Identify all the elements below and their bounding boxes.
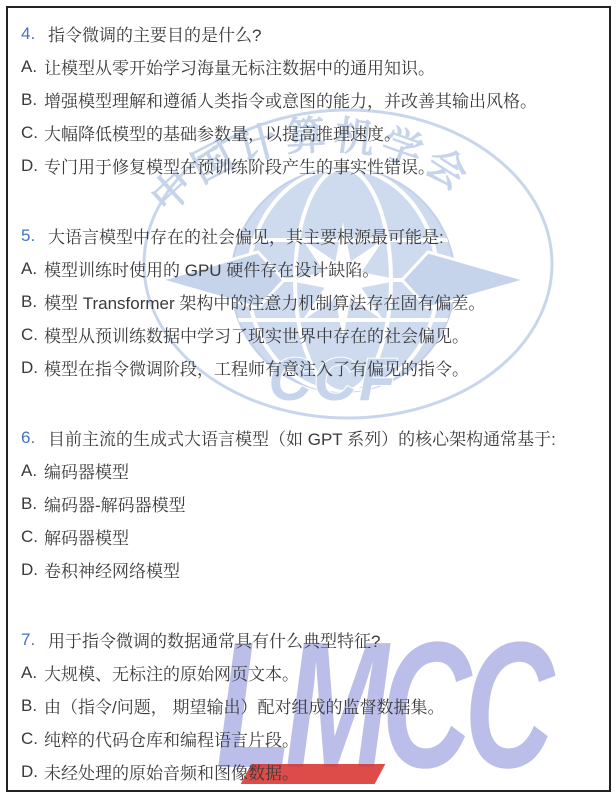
- question-title: 指令微调的主要目的是什么?: [48, 21, 261, 46]
- option-row: B. 编码器-解码器模型: [21, 487, 601, 520]
- option-text: 编码器模型: [44, 458, 129, 483]
- option-text: 增强模型理解和遵循人类指令或意图的能力，并改善其输出风格。: [44, 87, 537, 112]
- option-label: B.: [21, 494, 44, 514]
- option-text: 未经处理的原始音频和图像数据。: [44, 759, 299, 784]
- option-row: C. 大幅降低模型的基础参数量，以提高推理速度。: [21, 116, 601, 149]
- question-title-row: 5. 大语言模型中存在的社会偏见，其主要根源最可能是:: [21, 219, 601, 252]
- option-text: 模型在指令微调阶段，工程师有意注入了有偏见的指令。: [44, 355, 469, 380]
- option-text: 模型 Transformer 架构中的注意力机制算法存在固有偏差。: [44, 289, 485, 314]
- option-text: 大规模、无标注的原始网页文本。: [44, 660, 299, 685]
- option-text: 编码器-解码器模型: [44, 491, 186, 516]
- question-number: 6.: [21, 428, 48, 448]
- option-label: C.: [21, 729, 44, 749]
- option-text: 专门用于修复模型在预训练阶段产生的事实性错误。: [44, 153, 435, 178]
- option-row: C. 模型从预训练数据中学习了现实世界中存在的社会偏见。: [21, 318, 601, 351]
- option-row: A. 模型训练时使用的 GPU 硬件存在设计缺陷。: [21, 252, 601, 285]
- option-row: A. 让模型从零开始学习海量无标注数据中的通用知识。: [21, 50, 601, 83]
- question-number: 4.: [21, 24, 48, 44]
- option-row: A. 编码器模型: [21, 454, 601, 487]
- question-title: 目前主流的生成式大语言模型（如 GPT 系列）的核心架构通常基于:: [48, 425, 556, 450]
- option-label: A.: [21, 663, 44, 683]
- question-number: 5.: [21, 226, 48, 246]
- question-6: 6. 目前主流的生成式大语言模型（如 GPT 系列）的核心架构通常基于: A. …: [21, 421, 601, 586]
- option-row: D. 未经处理的原始音频和图像数据。: [21, 755, 601, 788]
- option-label: A.: [21, 57, 44, 77]
- question-5: 5. 大语言模型中存在的社会偏见，其主要根源最可能是: A. 模型训练时使用的 …: [21, 219, 601, 384]
- option-label: D.: [21, 762, 44, 782]
- option-text: 大幅降低模型的基础参数量，以提高推理速度。: [44, 120, 401, 145]
- question-title-row: 6. 目前主流的生成式大语言模型（如 GPT 系列）的核心架构通常基于:: [21, 421, 601, 454]
- option-text: 模型从预训练数据中学习了现实世界中存在的社会偏见。: [44, 322, 469, 347]
- question-title-row: 7. 用于指令微调的数据通常具有什么典型特征?: [21, 623, 601, 656]
- option-row: D. 卷积神经网络模型: [21, 553, 601, 586]
- option-label: C.: [21, 325, 44, 345]
- option-label: C.: [21, 527, 44, 547]
- option-row: C. 纯粹的代码仓库和编程语言片段。: [21, 722, 601, 755]
- option-label: B.: [21, 90, 44, 110]
- option-label: A.: [21, 461, 44, 481]
- option-label: D.: [21, 560, 44, 580]
- option-label: B.: [21, 292, 44, 312]
- option-row: B. 增强模型理解和遵循人类指令或意图的能力，并改善其输出风格。: [21, 83, 601, 116]
- option-label: C.: [21, 123, 44, 143]
- option-label: D.: [21, 156, 44, 176]
- option-label: B.: [21, 696, 44, 716]
- quiz-content: 4. 指令微调的主要目的是什么? A. 让模型从零开始学习海量无标注数据中的通用…: [8, 8, 609, 790]
- option-row: B. 模型 Transformer 架构中的注意力机制算法存在固有偏差。: [21, 285, 601, 318]
- option-label: A.: [21, 259, 44, 279]
- option-text: 卷积神经网络模型: [44, 557, 180, 582]
- option-text: 纯粹的代码仓库和编程语言片段。: [44, 726, 299, 751]
- option-row: B. 由（指令/问题， 期望输出）配对组成的监督数据集。: [21, 689, 601, 722]
- option-text: 让模型从零开始学习海量无标注数据中的通用知识。: [44, 54, 435, 79]
- question-7: 7. 用于指令微调的数据通常具有什么典型特征? A. 大规模、无标注的原始网页文…: [21, 623, 601, 788]
- question-title-row: 4. 指令微调的主要目的是什么?: [21, 17, 601, 50]
- question-4: 4. 指令微调的主要目的是什么? A. 让模型从零开始学习海量无标注数据中的通用…: [21, 17, 601, 182]
- option-row: A. 大规模、无标注的原始网页文本。: [21, 656, 601, 689]
- option-row: D. 专门用于修复模型在预训练阶段产生的事实性错误。: [21, 149, 601, 182]
- option-row: C. 解码器模型: [21, 520, 601, 553]
- quiz-page: 中国计算机学会 CCF LMCC 4. 指令微调的主要目的是什么? A. 让模型…: [6, 6, 611, 792]
- option-row: D. 模型在指令微调阶段，工程师有意注入了有偏见的指令。: [21, 351, 601, 384]
- option-text: 模型训练时使用的 GPU 硬件存在设计缺陷。: [44, 256, 379, 281]
- question-title: 大语言模型中存在的社会偏见，其主要根源最可能是:: [48, 223, 444, 248]
- question-title: 用于指令微调的数据通常具有什么典型特征?: [48, 627, 380, 652]
- option-text: 解码器模型: [44, 524, 129, 549]
- option-text: 由（指令/问题， 期望输出）配对组成的监督数据集。: [44, 693, 444, 718]
- option-label: D.: [21, 358, 44, 378]
- question-number: 7.: [21, 630, 48, 650]
